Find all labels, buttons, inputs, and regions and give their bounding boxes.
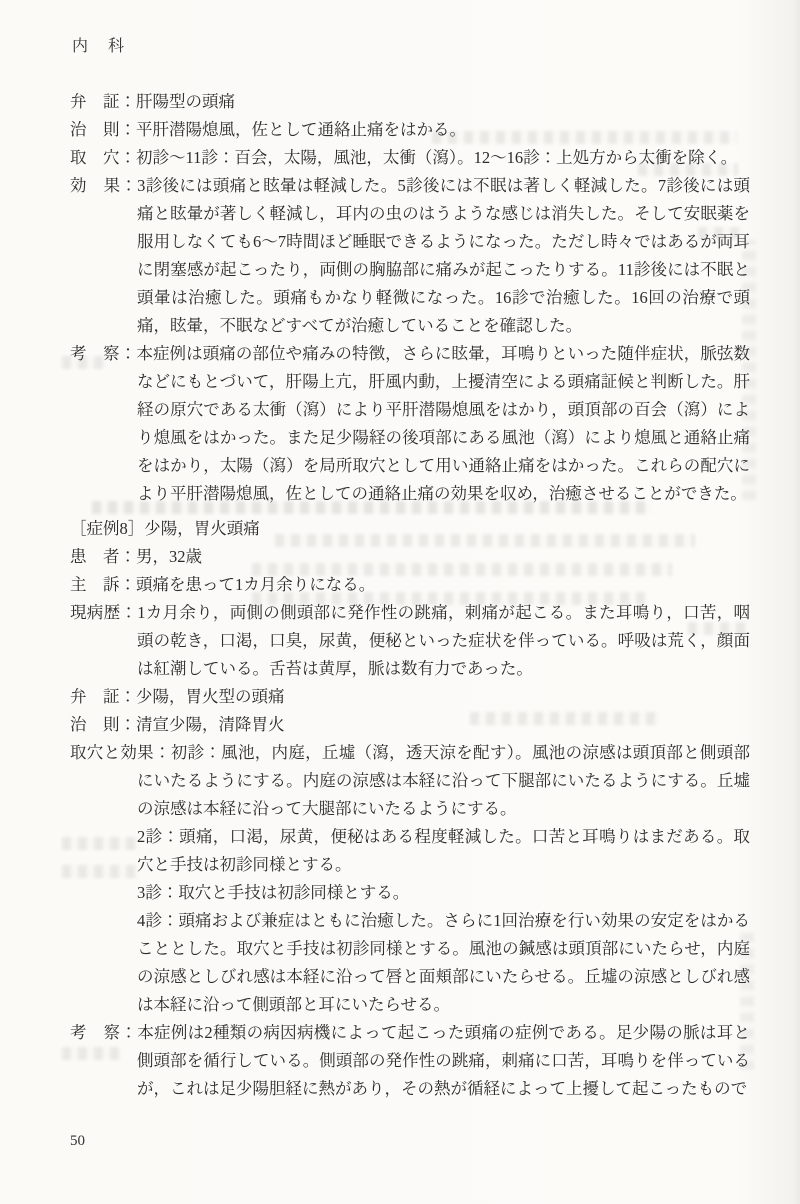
entry-diagnosis: 弁 証：少陽，胃火型の頭痛 [70, 683, 750, 711]
running-head: 内 科 [72, 33, 126, 56]
entry-label: 治 則： [70, 715, 136, 734]
entry-label: 効 果： [70, 176, 137, 195]
entry-text: 本症例は2種類の病因病機によって起こった頭痛の症例である。足少陽の脈は耳と側頭部… [137, 1023, 750, 1098]
entry-text: 初診：風池，内庭，丘墟（瀉，透天涼を配す）。風池の涼感は頭頂部と側頭部にいたるよ… [137, 743, 750, 818]
entry-points-and-effects: 取穴と効果：初診：風池，内庭，丘墟（瀉，透天涼を配す）。風池の涼感は頭頂部と側頭… [70, 739, 750, 1019]
entry-text: 頭痛を患って1カ月余りになる。 [136, 575, 375, 594]
entry-text-visit3: 3診：取穴と手技は初診同様とする。 [70, 879, 750, 907]
entry-principle: 治 則：平肝潜陽熄風，佐として通絡止痛をはかる。 [70, 116, 750, 144]
entry-text: 男，32歳 [136, 547, 202, 566]
entry-text: 少陽，胃火型の頭痛 [136, 687, 285, 706]
entry-text-visit4: 4診：頭痛および兼症はともに治癒した。さらに1回治療を行い効果の安定をはかること… [70, 907, 750, 1019]
entry-text: 清宣少陽，清降胃火 [136, 715, 285, 734]
case7-section: 弁 証：肝陽型の頭痛 治 則：平肝潜陽熄風，佐として通絡止痛をはかる。 取 穴：… [70, 88, 750, 508]
entry-text: 肝陽型の頭痛 [136, 92, 235, 111]
entry-text: 初診〜11診：百会，太陽，風池，太衝（瀉）。12〜16診：上処方から太衝を除く。 [136, 148, 737, 167]
entry-label: 現病歴： [70, 603, 137, 622]
entry-chief-complaint: 主 訴：頭痛を患って1カ月余りになる。 [70, 571, 750, 599]
entry-label: 取穴と効果： [70, 743, 171, 762]
entry-text: 本症例は頭痛の部位や痛みの特徴，さらに眩暈，耳鳴りといった随伴症状，脈弦数などに… [136, 344, 750, 503]
entry-label: 考 察： [70, 1023, 137, 1042]
case-text-block: 弁 証：肝陽型の頭痛 治 則：平肝潜陽熄風，佐として通絡止痛をはかる。 取 穴：… [70, 88, 750, 1103]
entry-text-visit2: 2診：頭痛，口渇，尿黄，便秘はある程度軽減した。口苦と耳鳴りはまだある。取穴と手… [70, 823, 750, 879]
entry-principle: 治 則：清宣少陽，清降胃火 [70, 711, 750, 739]
entry-label: 治 則： [70, 120, 136, 139]
entry-effect: 効 果：3診後には頭痛と眩暈は軽減した。5診後には不眠は著しく軽減した。7診後に… [70, 172, 750, 340]
entry-text: 平肝潜陽熄風，佐として通絡止痛をはかる。 [136, 120, 466, 139]
entry-text: 1カ月余り，両側の側頭部に発作性の跳痛，刺痛が起こる。また耳鳴り，口苦，咽頭の乾… [137, 603, 750, 678]
entry-present-illness: 現病歴：1カ月余り，両側の側頭部に発作性の跳痛，刺痛が起こる。また耳鳴り，口苦，… [70, 599, 750, 683]
entry-patient: 患 者：男，32歳 [70, 543, 750, 571]
case8-section: 患 者：男，32歳 主 訴：頭痛を患って1カ月余りになる。 現病歴：1カ月余り，… [70, 543, 750, 1103]
entry-points: 取 穴：初診〜11診：百会，太陽，風池，太衝（瀉）。12〜16診：上処方から太衝… [70, 144, 750, 172]
case8-heading: ［症例8］少陽，胃火頭痛 [70, 515, 750, 543]
entry-diagnosis: 弁 証：肝陽型の頭痛 [70, 88, 750, 116]
entry-discussion: 考 察：本症例は2種類の病因病機によって起こった頭痛の症例である。足少陽の脈は耳… [70, 1019, 750, 1103]
document-page: 内 科 弁 証：肝陽型の頭痛 治 則：平肝潜陽熄風，佐として通絡止痛をはかる。 … [0, 0, 800, 1204]
entry-label: 弁 証： [70, 687, 136, 706]
entry-text: 3診後には頭痛と眩暈は軽減した。5診後には不眠は著しく軽減した。7診後には頭痛と… [137, 176, 750, 335]
page-number: 50 [70, 1133, 85, 1150]
entry-discussion: 考 察：本症例は頭痛の部位や痛みの特徴，さらに眩暈，耳鳴りといった随伴症状，脈弦… [70, 340, 750, 508]
entry-label: 取 穴： [70, 148, 136, 167]
entry-label: 考 察： [70, 344, 136, 363]
entry-label: 弁 証： [70, 92, 136, 111]
entry-label: 患 者： [70, 547, 136, 566]
entry-label: 主 訴： [70, 575, 136, 594]
